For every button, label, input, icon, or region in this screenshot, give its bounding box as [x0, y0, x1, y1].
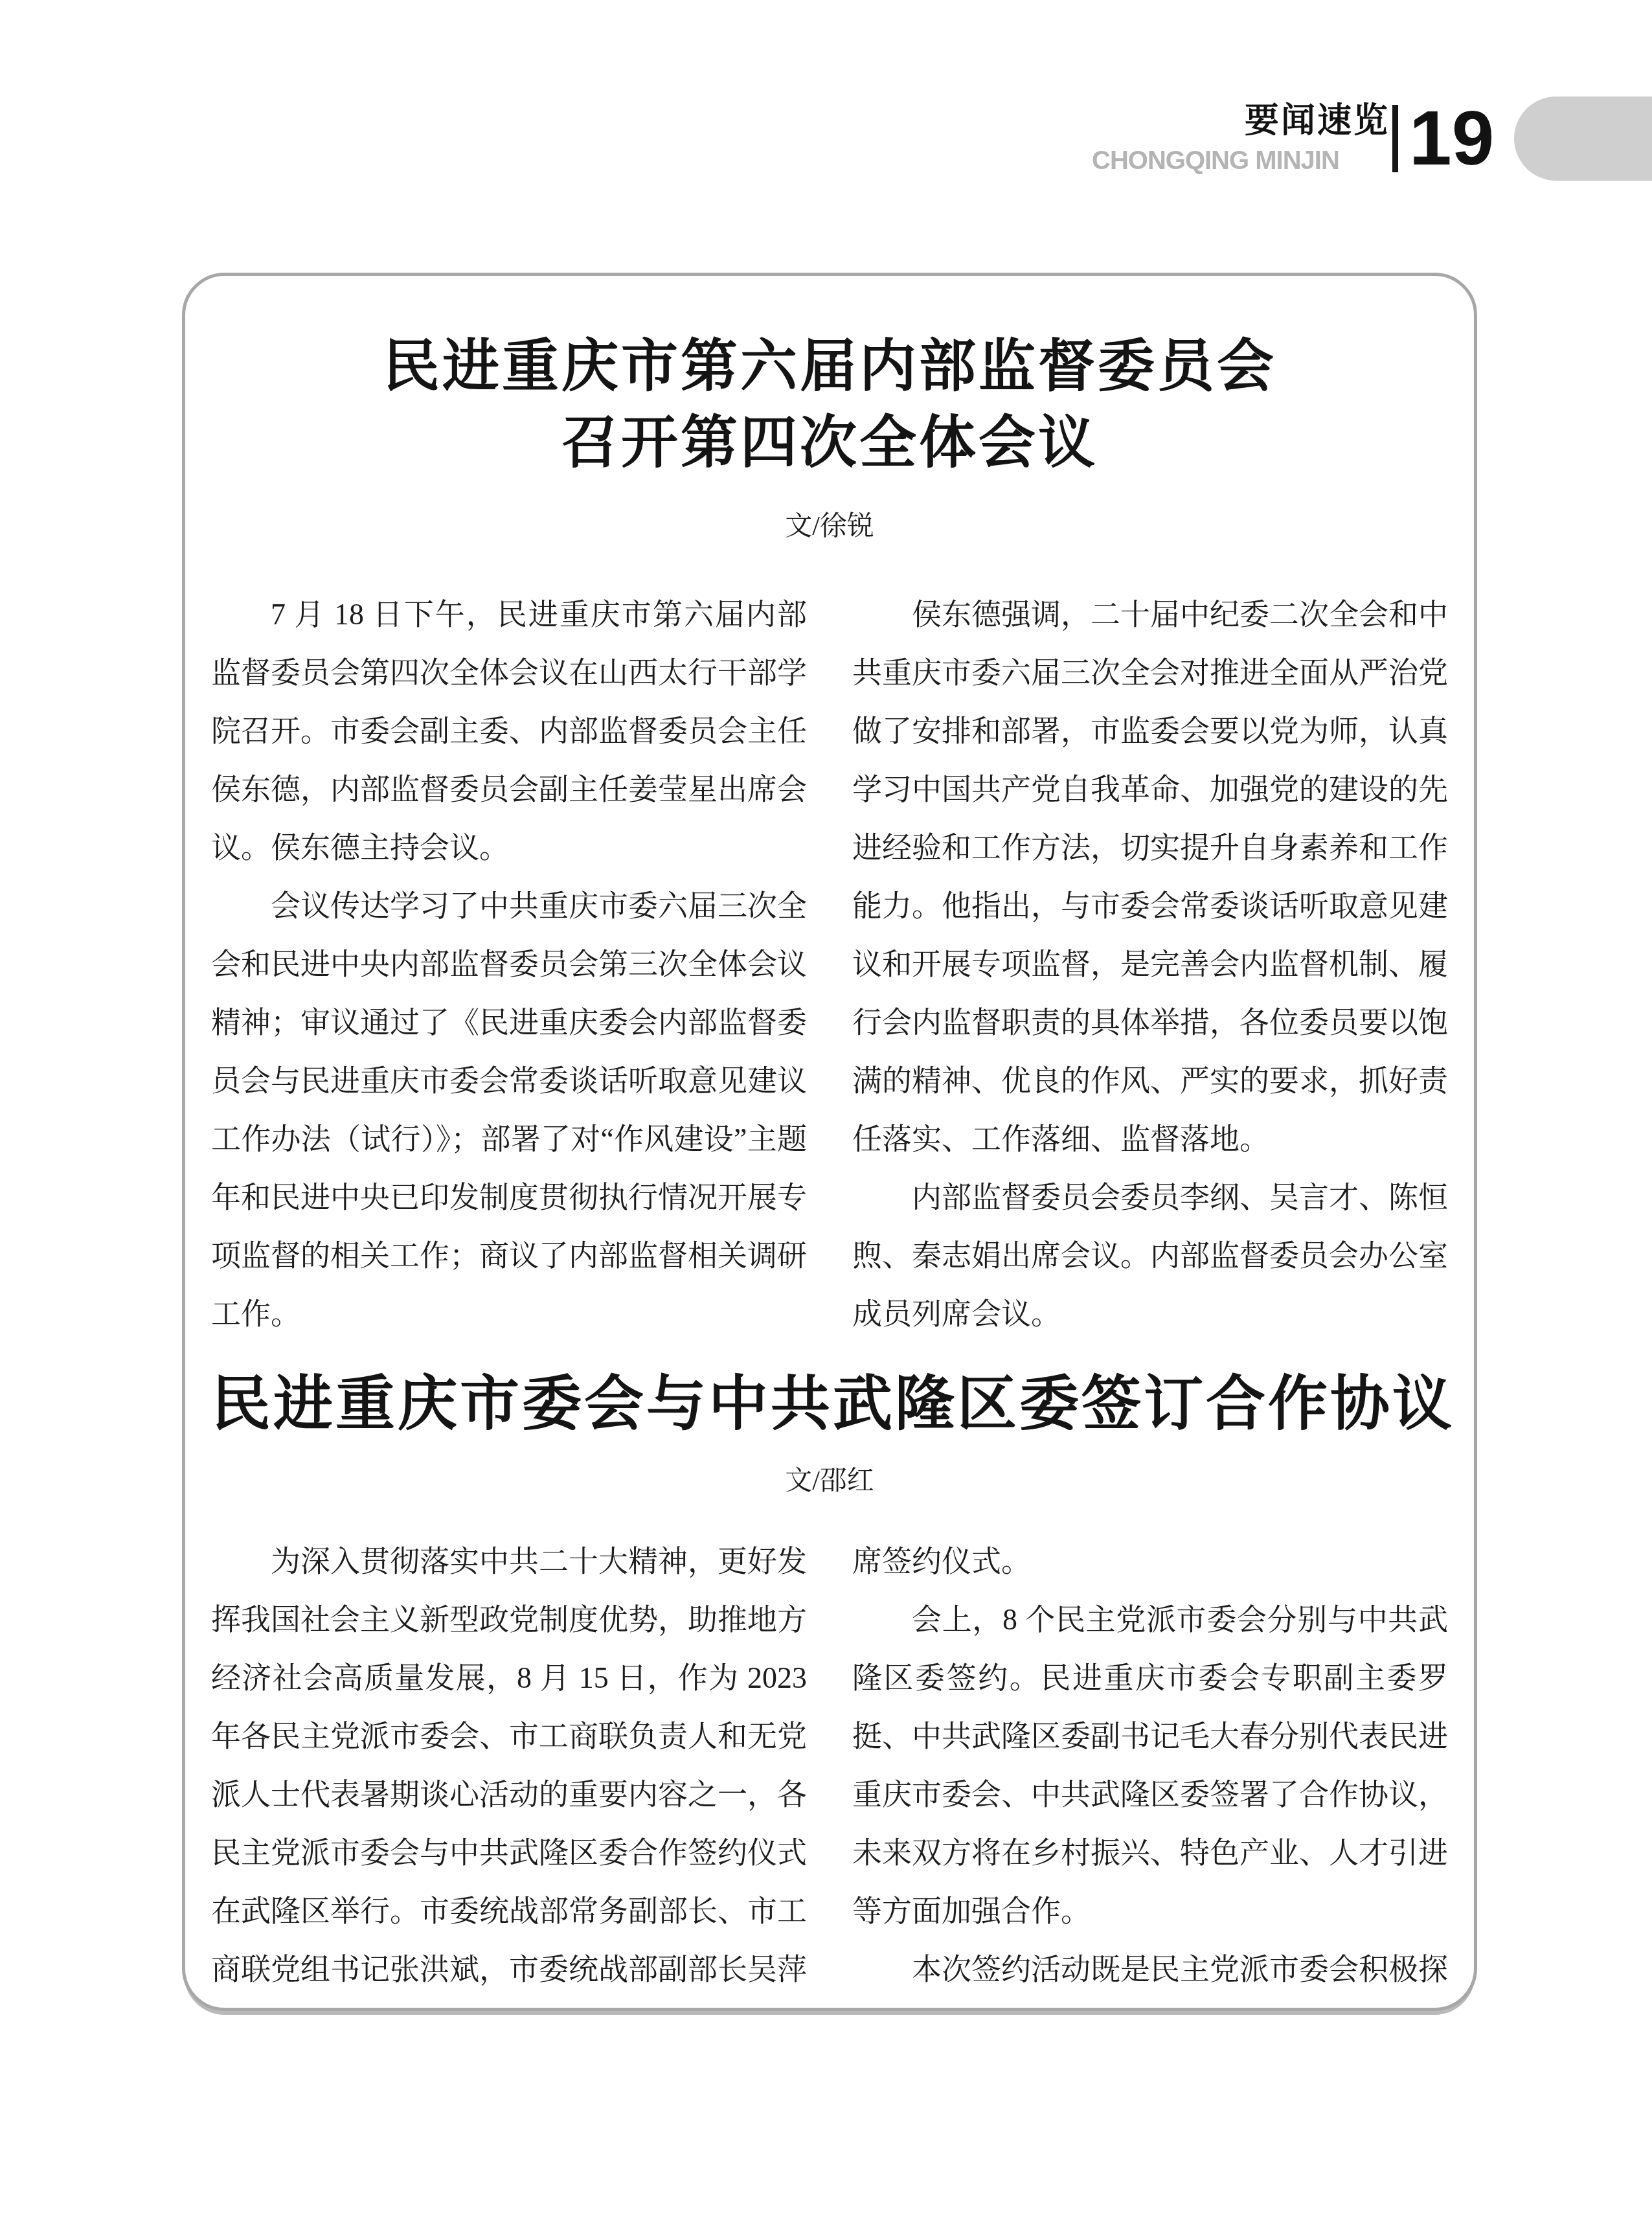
article2-title: 民进重庆市委会与中共武隆区委签订合作协议 — [211, 1374, 1448, 1434]
article2-body: 为深入贯彻落实中共二十大精神，更好发挥我国社会主义新型政党制度优势，助推地方经济… — [211, 1532, 1448, 2011]
section-title: 要闻速览 — [1245, 104, 1390, 138]
body-paragraph: 席签约仪式。 — [852, 1532, 1448, 1591]
body-paragraph: 7 月 18 日下午，民进重庆市第六届内部监督委员会第四次全体会议在山西太行干部… — [211, 585, 807, 877]
article2-column-left: 为深入贯彻落实中共二十大精神，更好发挥我国社会主义新型政党制度优势，助推地方经济… — [211, 1532, 807, 2011]
body-paragraph: 本次签约活动既是民主党派市委会积极探 — [852, 1940, 1448, 1999]
article1-column-left: 7 月 18 日下午，民进重庆市第六届内部监督委员会第四次全体会议在山西太行干部… — [211, 585, 807, 1343]
body-paragraph: 会上，8 个民主党派市委会分别与中共武隆区委签约。民进重庆市委会专职副主委罗挺、… — [852, 1591, 1448, 1940]
article1-body: 7 月 18 日下午，民进重庆市第六届内部监督委员会第四次全体会议在山西太行干部… — [211, 585, 1448, 1343]
body-paragraph: 内部监督委员会委员李纲、吴言才、陈恒煦、秦志娟出席会议。内部监督委员会办公室成员… — [852, 1168, 1448, 1343]
page-number: 19 — [1409, 100, 1494, 177]
header-corner-tab — [1514, 97, 1652, 181]
magazine-page: 要闻速览 CHONGQING MINJIN 19 民进重庆市第六届内部监督委员会… — [0, 0, 1652, 2226]
article1-title-line1: 民进重庆市第六届内部监督委员会 — [211, 328, 1448, 404]
body-paragraph: 侯东德强调，二十届中纪委二次全会和中共重庆市委六届三次全会对推进全面从严治党做了… — [852, 585, 1448, 1168]
body-paragraph: 为深入贯彻落实中共二十大精神，更好发挥我国社会主义新型政党制度优势，助推地方经济… — [211, 1532, 807, 2011]
article2-byline: 文/邵红 — [211, 1468, 1448, 1495]
article1-title-line2: 召开第四次全体会议 — [211, 404, 1448, 481]
article1-byline: 文/徐锐 — [211, 513, 1448, 540]
article1-title: 民进重庆市第六届内部监督委员会 召开第四次全体会议 — [211, 328, 1448, 481]
articles-frame: 民进重庆市第六届内部监督委员会 召开第四次全体会议 文/徐锐 7 月 18 日下… — [182, 273, 1477, 2011]
publication-name: CHONGQING MINJIN — [1092, 148, 1339, 174]
header-divider-bar — [1392, 105, 1398, 172]
body-paragraph: 会议传达学习了中共重庆市委六届三次全会和民进中央内部监督委员会第三次全体会议精神… — [211, 877, 807, 1343]
article2-column-right: 席签约仪式。会上，8 个民主党派市委会分别与中共武隆区委签约。民进重庆市委会专职… — [852, 1532, 1448, 2011]
article1-column-right: 侯东德强调，二十届中纪委二次全会和中共重庆市委六届三次全会对推进全面从严治党做了… — [852, 585, 1448, 1343]
